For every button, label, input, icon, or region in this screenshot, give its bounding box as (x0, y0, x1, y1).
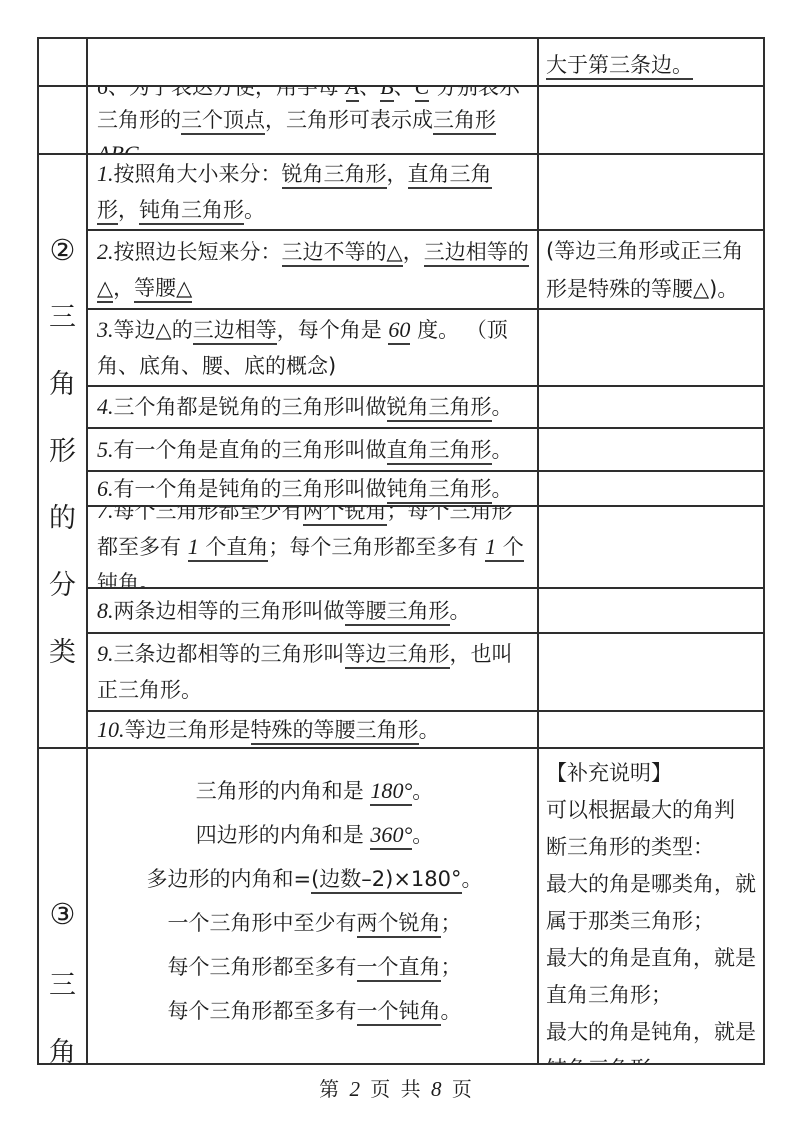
s2-item8-text: 8.两条边相等的三角形叫做等腰三角形。 (97, 593, 532, 629)
cell-s2-item6: 6.有一个角是钝角的三角形叫做钝角三角形。 (88, 472, 539, 507)
cell-s2-note7 (539, 507, 765, 589)
s2-item4-text: 4.三个角都是锐角的三角形叫做锐角三角形。 (97, 389, 532, 425)
cell-row6-header (39, 87, 88, 155)
section2-number: ② (50, 233, 76, 267)
page: { "page": { "footer_segments": [ {"t": "… (0, 0, 793, 1122)
cell-s2-note1 (539, 155, 765, 231)
cell-s2-item1: 1.按照角大小来分：锐角三角形，直角三角形，钝角三角形。 (88, 155, 539, 231)
s2-item1-text: 1.按照角大小来分：锐角三角形，直角三角形，钝角三角形。 (97, 156, 532, 228)
cell-s2-note8 (539, 589, 765, 634)
cell-s2-item7: 7.每个三角形都至少有两个锐角；每个三角形都至多有 1 个直角；每个三角形都至多… (88, 507, 539, 589)
cell-prev-main (88, 39, 539, 87)
cell-prev-note: 大于第三条边。 (539, 39, 765, 87)
cell-s2-note10 (539, 712, 765, 749)
cell-s2-note5 (539, 429, 765, 472)
cell-row6-note (539, 87, 765, 155)
s2-item5-text: 5.有一个角是直角的三角形叫做直角三角形。 (97, 432, 532, 468)
cell-s2-note2: (等边三角形或正三角形是特殊的等腰△)。 (539, 231, 765, 310)
section2-title-vertical: 三角形的分类 (49, 295, 76, 669)
s2-item10-text: 10.等边三角形是特殊的等腰三角形。 (97, 712, 532, 748)
cell-s2-item8: 8.两条边相等的三角形叫做等腰三角形。 (88, 589, 539, 634)
cell-row6-main: 6、为了表达方便，用字母 A、B、C 分别表示三角形的三个顶点，三角形可表示成三… (88, 87, 539, 155)
s2-item7-text: 7.每个三角形都至少有两个锐角；每个三角形都至多有 1 个直角；每个三角形都至多… (97, 507, 532, 589)
cell-s2-note9 (539, 634, 765, 712)
s2-item3-text: 3.等边△的三边相等，每个角是 60 度。 （顶角、底角、腰、底的概念) (97, 312, 532, 384)
row6-text: 6、为了表达方便，用字母 A、B、C 分别表示三角形的三个顶点，三角形可表示成三… (97, 87, 532, 155)
page-footer: 第 2 页 共 8 页 (0, 1073, 793, 1102)
cell-s2-item2: 2.按照边长短来分：三边不等的△，三边相等的△，等腰△ (88, 231, 539, 310)
section3-number: ③ (50, 897, 76, 931)
cell-s3-note: 【补充说明】 可以根据最大的角判断三角形的类型：最大的角是哪类角，就属于那类三角… (539, 749, 765, 1065)
s2-item6-text: 6.有一个角是钝角的三角形叫做钝角三角形。 (97, 472, 532, 507)
cell-s2-item5: 5.有一个角是直角的三角形叫做直角三角形。 (88, 429, 539, 472)
s3-note-heading: 【补充说明】 (546, 755, 672, 792)
study-notes-table: 大于第三条边。 6、为了表达方便，用字母 A、B、C 分别表示三角形的三个顶点，… (37, 37, 765, 1065)
cell-s2-item9: 9.三条边都相等的三角形叫等边三角形，也叫正三角形。 (88, 634, 539, 712)
section3-title-vertical: 三角 (49, 963, 76, 1065)
cell-s3-main: 三角形的内角和是 180°。四边形的内角和是 360°。多边形的内角和=(边数–… (88, 749, 539, 1065)
s2-item2-text: 2.按照边长短来分：三边不等的△，三边相等的△，等腰△ (97, 234, 532, 306)
cell-s2-note4 (539, 387, 765, 429)
s2-item9-text: 9.三条边都相等的三角形叫等边三角形，也叫正三角形。 (97, 636, 532, 708)
cell-prev-header (39, 39, 88, 87)
cell-s2-item4: 4.三个角都是锐角的三角形叫做锐角三角形。 (88, 387, 539, 429)
cell-s2-note3 (539, 310, 765, 387)
cell-s2-item10: 10.等边三角形是特殊的等腰三角形。 (88, 712, 539, 749)
section2-header: ② 三角形的分类 (39, 155, 88, 749)
prev-note-text: 大于第三条边。 (546, 47, 693, 84)
s2-note2-text: (等边三角形或正三角形是特殊的等腰△)。 (546, 232, 743, 308)
cell-s2-item3: 3.等边△的三边相等，每个角是 60 度。 （顶角、底角、腰、底的概念) (88, 310, 539, 387)
section3-header: ③ 三角 (39, 749, 88, 1065)
cell-s2-note6 (539, 472, 765, 507)
